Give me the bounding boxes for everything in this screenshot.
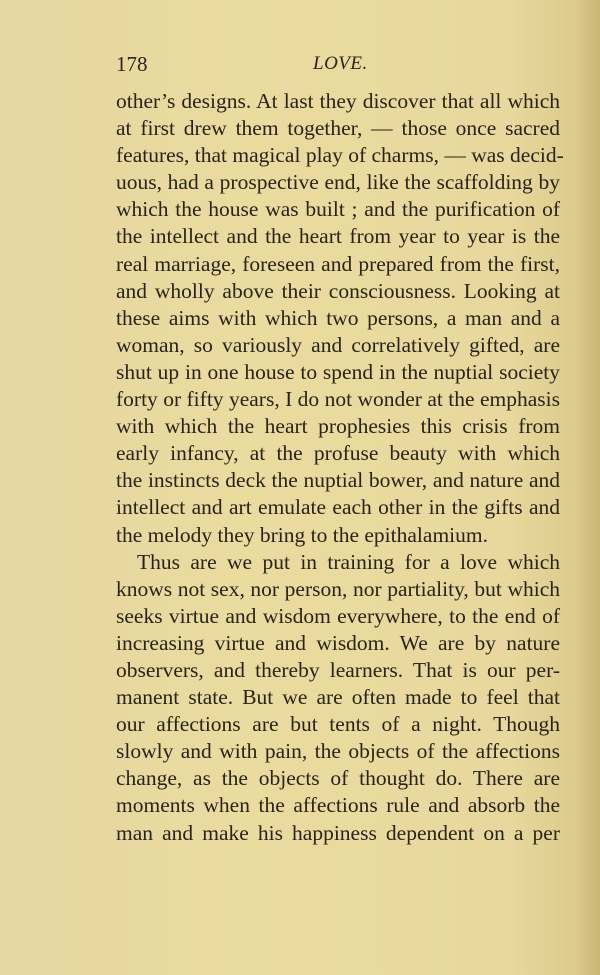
running-title: LOVE. bbox=[313, 53, 368, 75]
text-line: the intellect and the heart from year to… bbox=[116, 223, 560, 250]
text-line: shut up in one house to spend in the nup… bbox=[116, 359, 560, 386]
text-line: the instincts deck the nuptial bower, an… bbox=[116, 467, 560, 494]
text-line: our affections are but tents of a night.… bbox=[116, 711, 560, 738]
paragraph-2: Thus are we put in training for a love w… bbox=[116, 549, 560, 847]
body-text: other’s designs. At last they discover t… bbox=[116, 88, 560, 847]
text-line: the melody they bring to the epithalamiu… bbox=[116, 522, 560, 549]
text-line: knows not sex, nor person, nor partialit… bbox=[116, 576, 560, 603]
text-line: at first drew them together, — those onc… bbox=[116, 115, 560, 142]
page-header: 178 LOVE. bbox=[116, 52, 560, 82]
text-line: change, as the objects of thought do. Th… bbox=[116, 765, 560, 792]
text-line: man and make his happiness dependent on … bbox=[116, 820, 560, 847]
book-page: 178 LOVE. other’s designs. At last they … bbox=[0, 0, 600, 975]
text-line: other’s designs. At last they discover t… bbox=[116, 88, 560, 115]
text-line: seeks virtue and wisdom everywhere, to t… bbox=[116, 603, 560, 630]
text-line: real marriage, foreseen and prepared fro… bbox=[116, 251, 560, 278]
text-line: Thus are we put in training for a love w… bbox=[116, 549, 560, 576]
page-number: 178 bbox=[116, 52, 148, 77]
text-line: woman, so variously and correlatively gi… bbox=[116, 332, 560, 359]
text-line: manent state. But we are often made to f… bbox=[116, 684, 560, 711]
text-line: moments when the affections rule and abs… bbox=[116, 792, 560, 819]
text-line: intellect and art emulate each other in … bbox=[116, 494, 560, 521]
text-line: observers, and thereby learners. That is… bbox=[116, 657, 560, 684]
text-line: early infancy, at the profuse beauty wit… bbox=[116, 440, 560, 467]
text-line: which the house was built ; and the puri… bbox=[116, 196, 560, 223]
text-line: increasing virtue and wisdom. We are by … bbox=[116, 630, 560, 657]
text-line: with which the heart prophesies this cri… bbox=[116, 413, 560, 440]
text-line: these aims with which two persons, a man… bbox=[116, 305, 560, 332]
text-line: slowly and with pain, the objects of the… bbox=[116, 738, 560, 765]
text-line: features, that magical play of charms, —… bbox=[116, 142, 560, 169]
text-line: and wholly above their consciousness. Lo… bbox=[116, 278, 560, 305]
text-line: forty or fifty years, I do not wonder at… bbox=[116, 386, 560, 413]
text-line: uous, had a prospective end, like the sc… bbox=[116, 169, 560, 196]
paragraph-1: other’s designs. At last they discover t… bbox=[116, 88, 560, 549]
